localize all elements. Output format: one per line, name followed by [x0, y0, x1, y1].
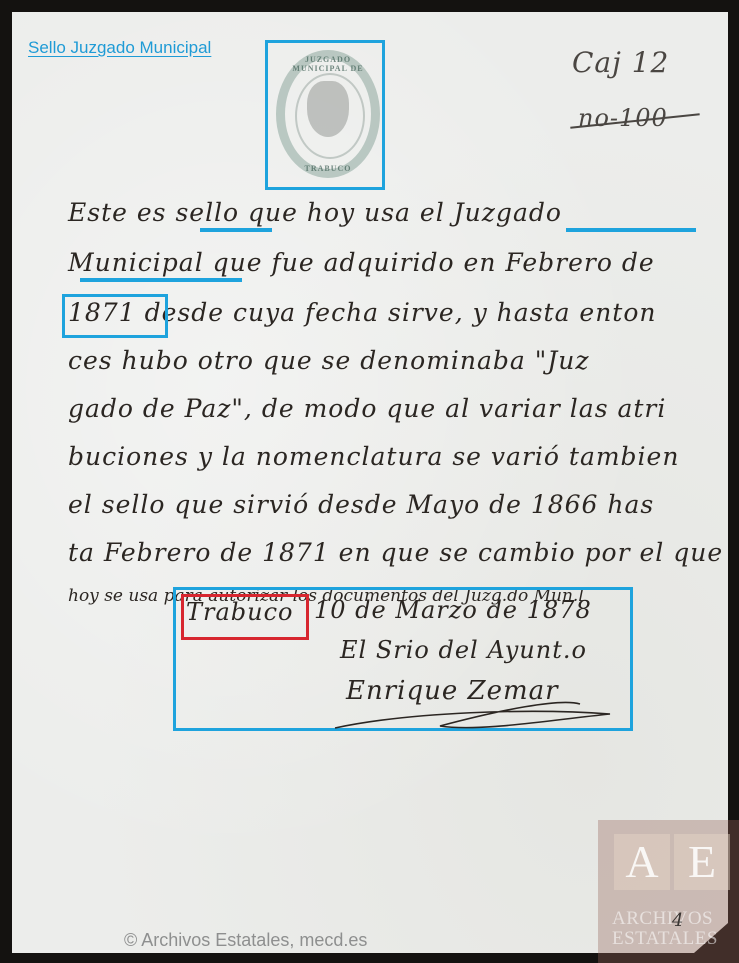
body-line-1: Este es sello que hoy usa el Juzgado: [68, 198, 562, 227]
stamp-highlight-box: [265, 40, 385, 190]
place-name: Trabuco: [186, 598, 294, 626]
body-line-4: ces hubo otro que se denominaba "Juz: [68, 346, 590, 375]
body-line-7: el sello que sirvió desde Mayo de 1866 h…: [68, 490, 654, 519]
signature-flourish-icon: [330, 690, 620, 740]
underline-juzgado: [566, 228, 696, 232]
secretary-title: El Srio del Ayunt.o: [340, 636, 587, 664]
watermark-letter-e: E: [674, 834, 730, 890]
underline-sello: [200, 228, 272, 232]
body-line-6: buciones y la nomenclatura se varió tamb…: [68, 442, 679, 471]
archivos-estatales-watermark: A E ARCHIVOS ESTATALES: [598, 820, 739, 963]
watermark-line-1: ARCHIVOS: [612, 908, 713, 930]
body-line-2: Municipal que fue adquirido en Febrero d…: [68, 248, 655, 277]
underline-municipal: [80, 278, 242, 282]
body-line-5: gado de Paz", de modo que al variar las …: [68, 394, 666, 423]
copyright-notice: © Archivos Estatales, mecd.es: [124, 930, 367, 951]
year-1871-highlight-box: [62, 294, 168, 338]
watermark-line-2: ESTATALES: [612, 928, 718, 950]
pencil-note-item-number: no-100: [578, 104, 668, 132]
closing-date: 10 de Marzo de 1878: [314, 596, 592, 624]
watermark-letter-a: A: [614, 834, 670, 890]
folio-number: 4: [672, 910, 683, 931]
body-line-8: ta Febrero de 1871 en que se cambio por …: [68, 538, 723, 567]
stamp-annotation-label: Sello Juzgado Municipal: [28, 38, 211, 58]
pencil-note-box-number: Caj 12: [572, 46, 669, 79]
